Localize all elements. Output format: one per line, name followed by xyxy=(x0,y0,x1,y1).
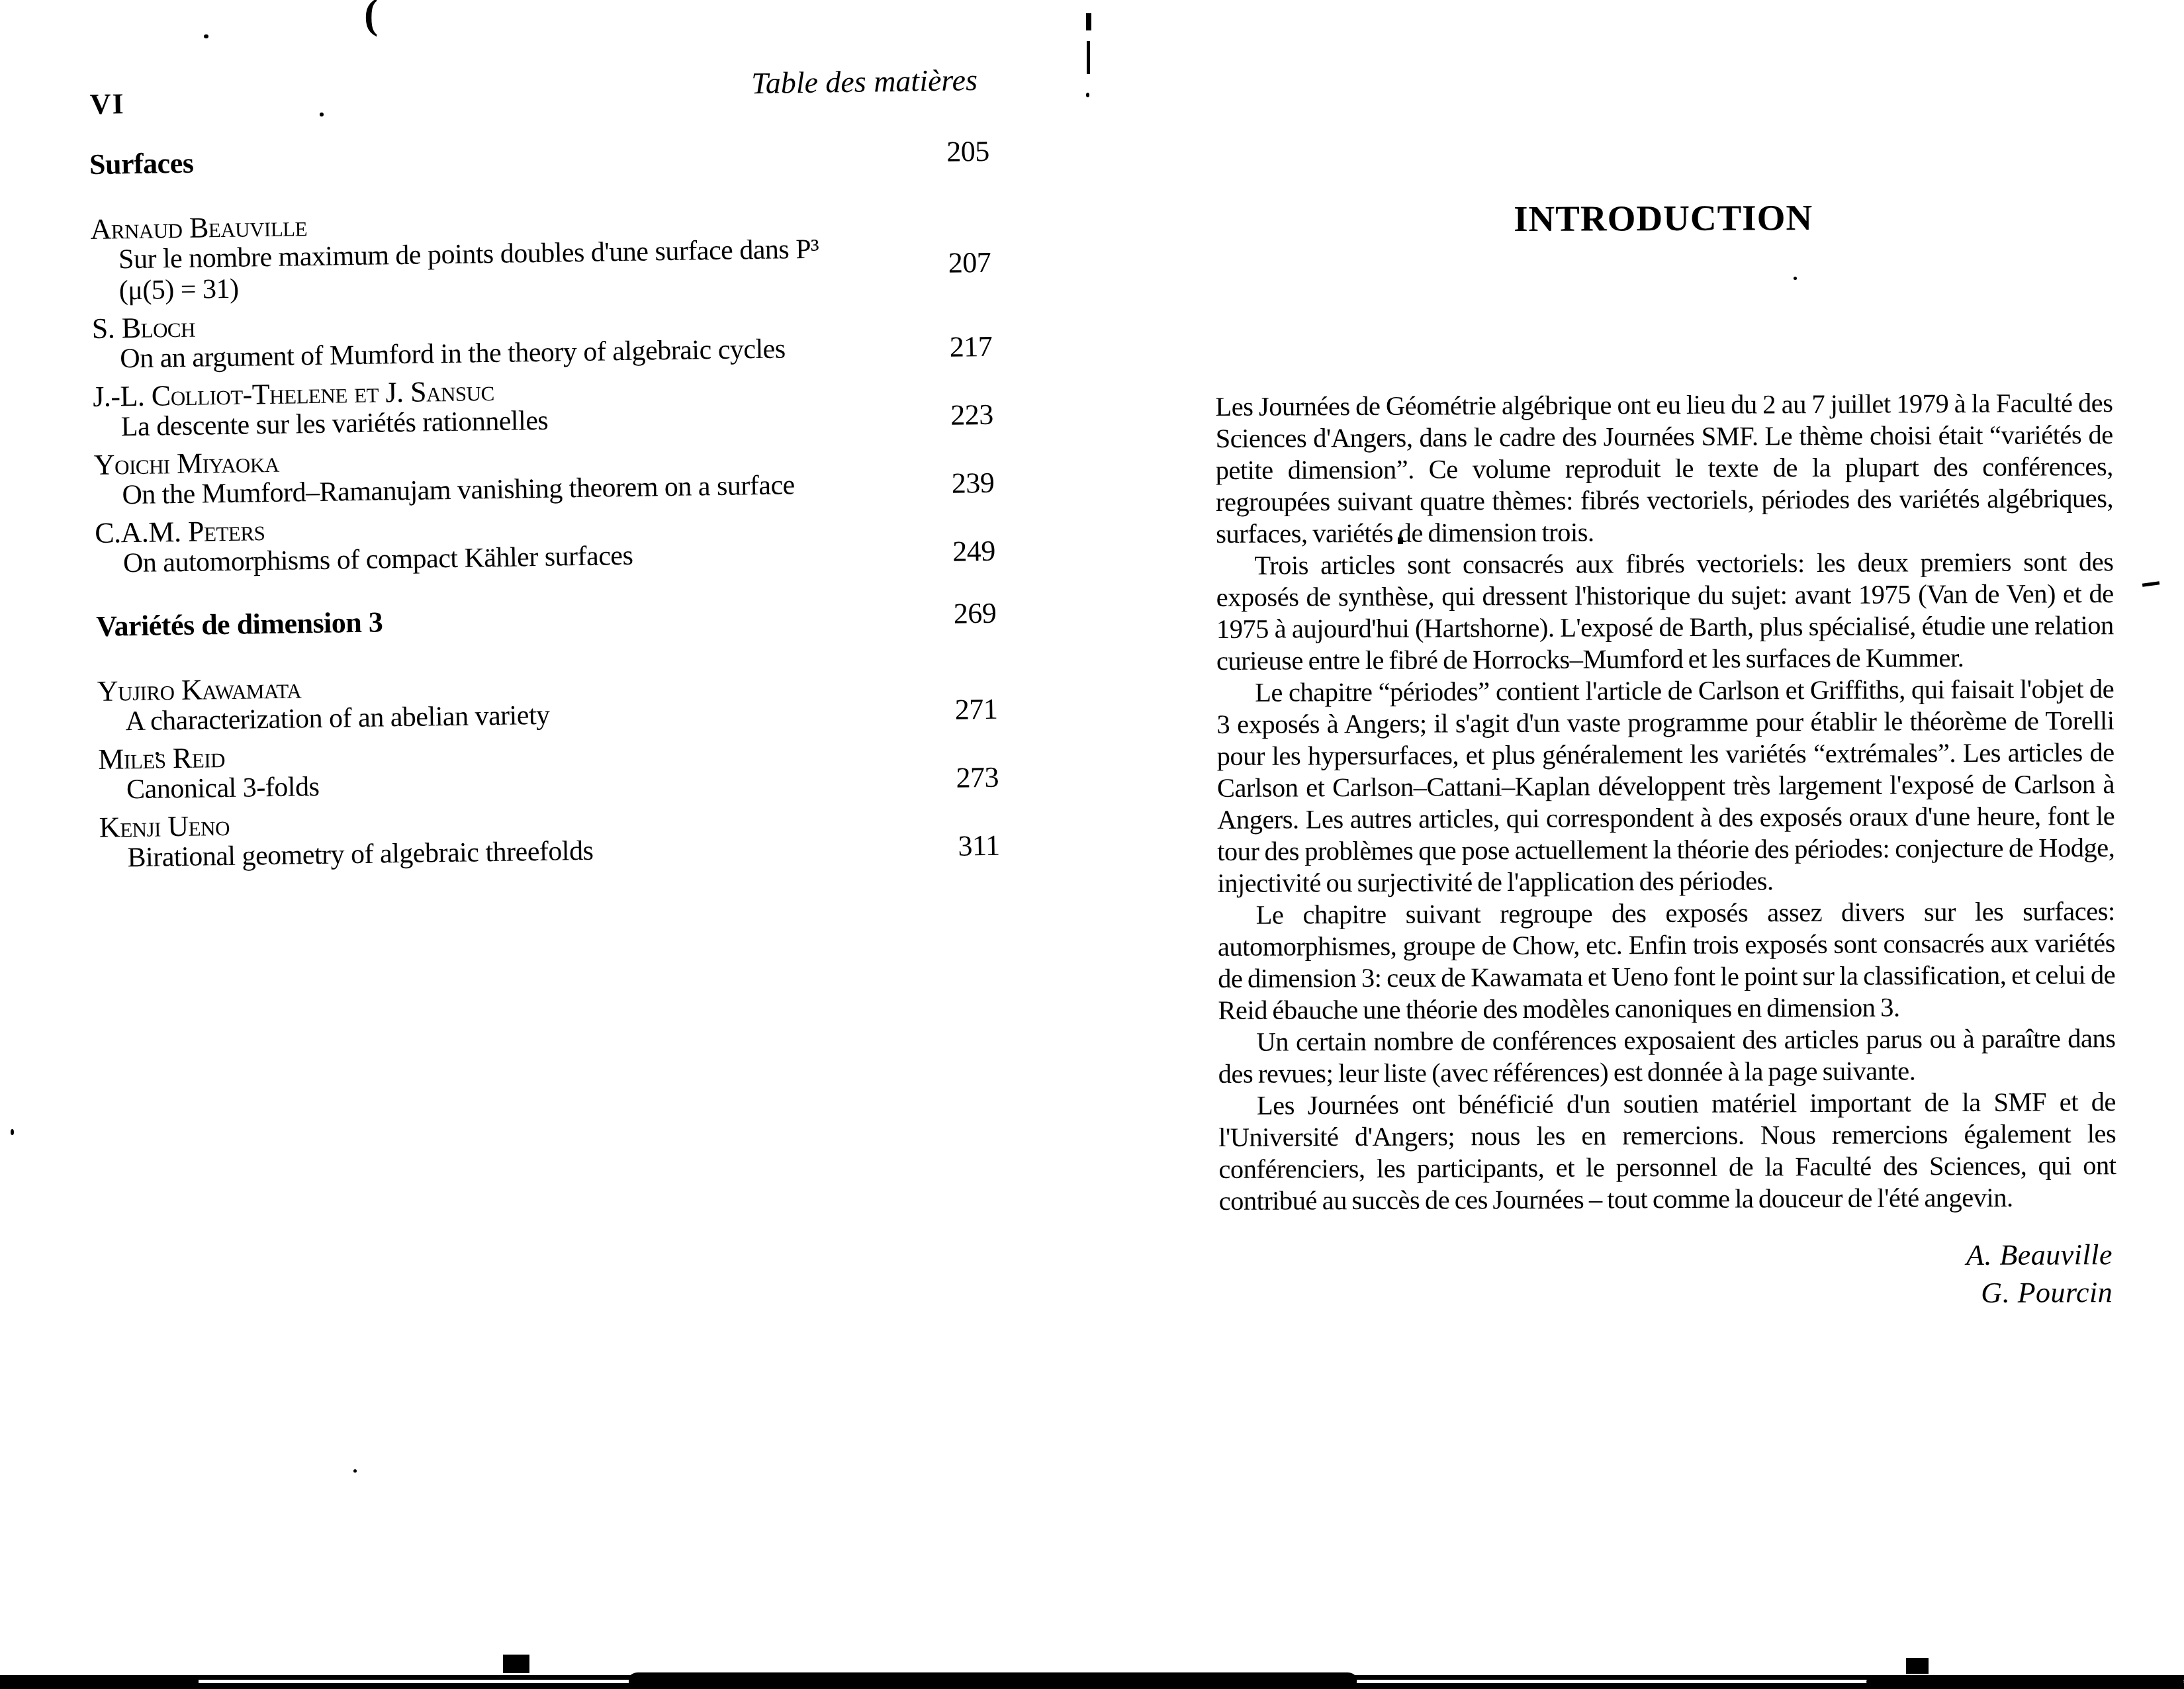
toc-entry-page-number: 239 xyxy=(921,467,995,499)
running-title: Table des matières xyxy=(751,62,978,101)
toc-page: VI Table des matières Surfaces 205 Arnau… xyxy=(88,61,1000,905)
introduction-paragraph: Trois articles sont consacrés aux fibrés… xyxy=(1216,546,2114,677)
introduction-paragraph: Un certain nombre de conférences exposai… xyxy=(1218,1023,2115,1090)
scan-artifact xyxy=(353,1469,357,1473)
toc-entry: Arnaud Beauville Sur le nombre maximum d… xyxy=(90,201,991,307)
section-entries: Yujiro Kawamata A characterization of an… xyxy=(97,663,999,874)
toc-entry-page-number: 311 xyxy=(927,830,1000,862)
scan-artifact xyxy=(320,113,324,116)
toc-entry-page-number: 217 xyxy=(919,331,993,363)
scan-artifact xyxy=(503,1655,529,1673)
toc-entry-page-number: 223 xyxy=(920,399,993,431)
scan-artifact xyxy=(1086,93,1089,97)
section-entries: Arnaud Beauville Sur le nombre maximum d… xyxy=(90,201,995,580)
introduction-paragraph: Le chapitre suivant regroupe des exposés… xyxy=(1218,895,2116,1027)
toc-entry: J.-L. Colliot-Thelene et J. Sansuc La de… xyxy=(93,369,993,443)
scan-artifact xyxy=(204,34,208,38)
scan-artifact xyxy=(2142,581,2160,587)
section-heading: Surfaces xyxy=(89,147,194,181)
scan-artifact: ( xyxy=(364,0,378,38)
toc-entry: C.A.M. Peters On automorphisms of compac… xyxy=(95,505,995,580)
toc-entry: Yoichi Miyaoka On the Mumford–Ramanujam … xyxy=(93,437,994,512)
toc-entry: S. Bloch On an argument of Mumford in th… xyxy=(91,300,992,375)
toc-section: Surfaces 205 Arnaud Beauville Sur le nom… xyxy=(89,135,996,580)
signature: A. Beauville xyxy=(1219,1236,2113,1277)
book-scan: VI Table des matières Surfaces 205 Arnau… xyxy=(0,0,2184,1689)
section-heading: Variétés de dimension 3 xyxy=(96,606,383,643)
toc-entry: Miles Reid Canonical 3-folds 273 xyxy=(98,731,999,806)
page-title: INTRODUCTION xyxy=(1214,197,2112,240)
section-page-number: 269 xyxy=(923,598,997,630)
introduction-paragraphs: Les Journées de Géométrie algébrique ont… xyxy=(1215,387,2116,1217)
scan-artifact xyxy=(1087,41,1090,74)
scan-edge-line xyxy=(0,1683,2184,1689)
signature-block: A. BeauvilleG. Pourcin xyxy=(1219,1236,2116,1315)
scan-artifact xyxy=(1906,1658,1929,1674)
folio-number: VI xyxy=(89,87,125,121)
introduction-paragraph: Les Journées ont bénéficié d'un soutien … xyxy=(1218,1086,2116,1217)
toc-entry-page-number: 207 xyxy=(918,248,991,279)
toc-entry-page-number: 249 xyxy=(923,535,996,567)
toc-sections: Surfaces 205 Arnaud Beauville Sur le nom… xyxy=(88,61,1000,874)
scan-artifact xyxy=(156,752,159,755)
introduction-paragraph: Les Journées de Géométrie algébrique ont… xyxy=(1215,387,2113,550)
toc-entry: Kenji Ueno Birational geometry of algebr… xyxy=(99,799,1000,874)
scan-artifact xyxy=(1794,277,1797,280)
toc-entry: Yujiro Kawamata A characterization of an… xyxy=(97,663,997,738)
scan-artifact xyxy=(1086,13,1091,30)
section-page-number: 205 xyxy=(917,136,990,168)
introduction-paragraph: Le chapitre “périodes” contient l'articl… xyxy=(1216,673,2115,899)
toc-section: Variétés de dimension 3 269 Yujiro Kawam… xyxy=(96,597,1000,874)
toc-entry-page-number: 271 xyxy=(925,694,998,725)
toc-entry-page-number: 273 xyxy=(926,762,999,794)
scan-artifact xyxy=(11,1129,14,1135)
introduction-page: INTRODUCTION Les Journées de Géométrie a… xyxy=(1214,197,2116,1315)
scan-artifact xyxy=(1398,537,1403,544)
toc-entry-titles: Sur le nombre maximum de points doubles … xyxy=(91,232,919,307)
signature: G. Pourcin xyxy=(1219,1273,2113,1315)
